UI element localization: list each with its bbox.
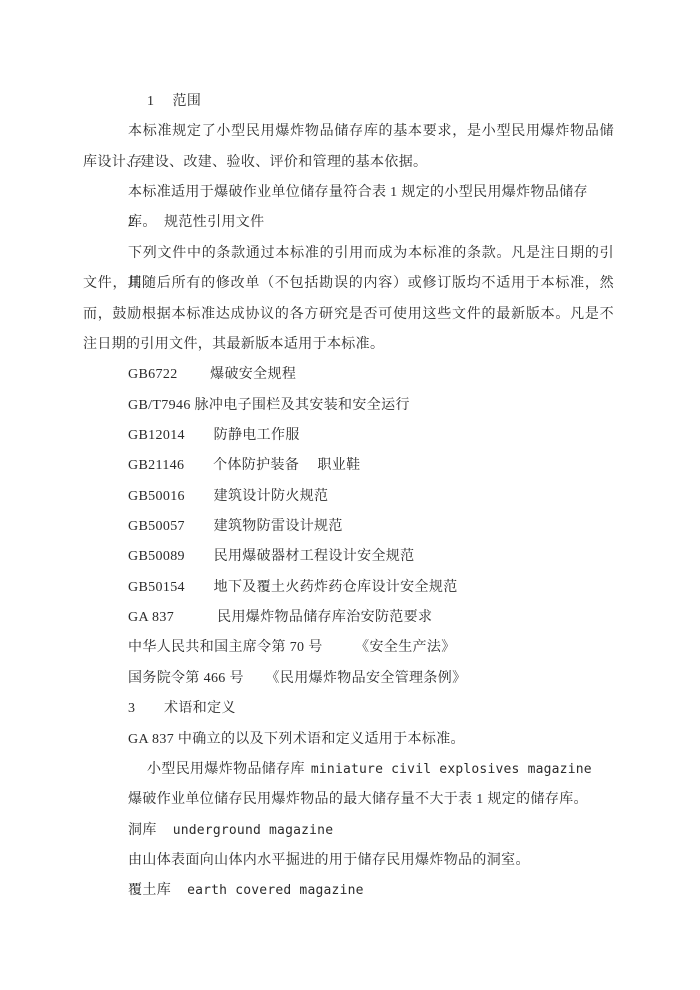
term-underground-magazine: 洞库underground magazine (83, 816, 614, 846)
references-intro-line-1: 下列文件中的条款通过本标准的引用而成为本标准的条款。凡是注日期的引用 (83, 239, 614, 269)
reference-gb21146: GB21146 个体防护装备 职业鞋 (83, 451, 614, 481)
references-intro-line-2: 文件，其随后所有的修改单（不包括勘误的内容）或修订版均不适用于本标准，然 (83, 269, 614, 299)
scope-paragraph-line-2: 库设计、建设、改建、验收、评价和管理的基本依据。 (83, 148, 614, 178)
scope-paragraph-line-1: 本标准规定了小型民用爆炸物品储存库的基本要求，是小型民用爆炸物品储存 (83, 117, 614, 147)
reference-gb6722: GB6722 爆破安全规程 (83, 360, 614, 390)
document-page: { "page": { "background_color": "#ffffff… (0, 0, 700, 990)
document-body: 1 范围 本标准规定了小型民用爆炸物品储存库的基本要求，是小型民用爆炸物品储存 … (83, 87, 614, 907)
reference-gb50154: GB50154 地下及覆土火药炸药仓库设计安全规范 (83, 573, 614, 603)
term-miniature-magazine-en: miniature civil explosives magazine (311, 762, 592, 777)
term-miniature-magazine: 小型民用爆炸物品储存库miniature civil explosives ma… (83, 755, 614, 785)
reference-gb50089: GB50089 民用爆破器材工程设计安全规范 (83, 542, 614, 572)
section-heading-normative-references: 2 规范性引用文件 (83, 208, 614, 238)
section-heading-scope: 1 范围 (83, 87, 614, 117)
reference-state-council-order-466: 国务院令第 466 号 《民用爆炸物品安全管理条例》 (83, 664, 614, 694)
reference-ga837: GA 837 民用爆炸物品储存库治安防范要求 (83, 603, 614, 633)
term-earth-covered-magazine: 覆土库earth covered magazine (83, 876, 614, 906)
term-earth-covered-magazine-zh: 覆土库 (128, 883, 171, 898)
reference-gb50057: GB50057 建筑物防雷设计规范 (83, 512, 614, 542)
term-underground-magazine-definition: 由山体表面向山体内水平掘进的用于储存民用爆炸物品的洞室。 (83, 846, 614, 876)
references-intro-line-4: 注日期的引用文件，其最新版本适用于本标准。 (83, 330, 614, 360)
reference-gbt7946: GB/T7946 脉冲电子围栏及其安装和安全运行 (83, 391, 614, 421)
term-miniature-magazine-zh: 小型民用爆炸物品储存库 (147, 762, 305, 777)
section-heading-terms-definitions: 3 术语和定义 (83, 694, 614, 724)
terms-intro-line: GA 837 中确立的以及下列术语和定义适用于本标准。 (83, 725, 614, 755)
reference-gb12014: GB12014 防静电工作服 (83, 421, 614, 451)
scope-applicability-line: 本标准适用于爆破作业单位储存量符合表 1 规定的小型民用爆炸物品储存库。 (83, 178, 614, 208)
term-earth-covered-magazine-en: earth covered magazine (187, 883, 364, 898)
term-underground-magazine-en: underground magazine (173, 823, 334, 838)
reference-presidential-order-70: 中华人民共和国主席令第 70 号 《安全生产法》 (83, 633, 614, 663)
term-underground-magazine-zh: 洞库 (128, 823, 157, 838)
term-miniature-magazine-definition: 爆破作业单位储存民用爆炸物品的最大储存量不大于表 1 规定的储存库。 (83, 785, 614, 815)
reference-gb50016: GB50016 建筑设计防火规范 (83, 482, 614, 512)
references-intro-line-3: 而，鼓励根据本标准达成协议的各方研究是否可使用这些文件的最新版本。凡是不 (83, 300, 614, 330)
